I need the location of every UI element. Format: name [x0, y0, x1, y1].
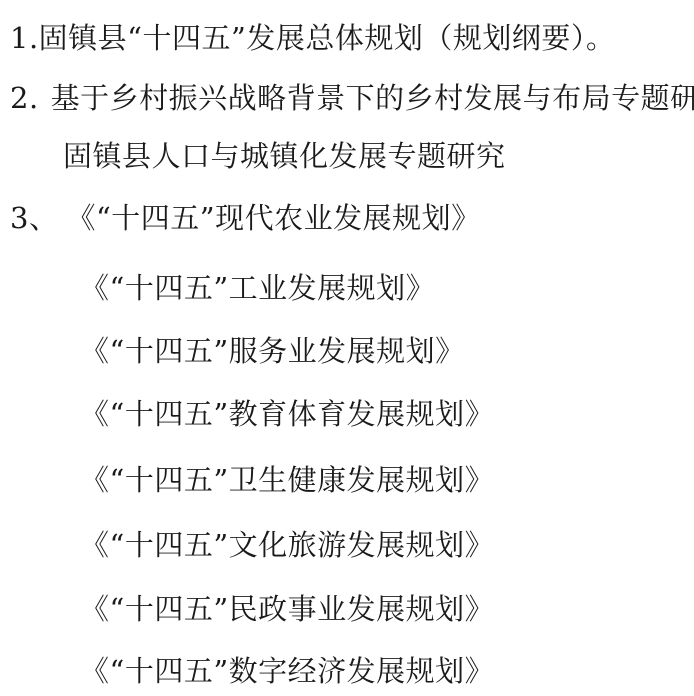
list-item-3: 3、《“十四五”现代农业发展规划》 — [10, 200, 481, 236]
item-text: 《“十四五”民政事业发展规划》 — [80, 592, 494, 626]
item-text: 《“十四五”教育体育发展规划》 — [80, 397, 494, 431]
item-text: 固镇县“十四五”发展总体规划（规划纲要）。 — [39, 21, 616, 55]
item-number: 3、 — [10, 200, 58, 236]
item-text: 《“十四五”文化旅游发展规划》 — [80, 528, 494, 562]
item-text: 《“十四五”卫生健康发展规划》 — [80, 463, 494, 497]
item-text: 固镇县人口与城镇化发展专题研究 — [63, 139, 506, 173]
list-item-2: 2.基于乡村振兴战略背景下的乡村发展与布局专题研究 — [10, 80, 694, 116]
list-subitem: 《“十四五”民政事业发展规划》 — [80, 591, 494, 627]
item-text: 《“十四五”工业发展规划》 — [80, 271, 435, 305]
item-text: 基于乡村振兴战略背景下的乡村发展与布局专题研究 — [51, 81, 694, 115]
item-number: 1. — [10, 20, 39, 56]
item-number: 2. — [10, 80, 39, 116]
list-item-1: 1.固镇县“十四五”发展总体规划（规划纲要）。 — [10, 20, 615, 56]
list-subitem: 《“十四五”文化旅游发展规划》 — [80, 527, 494, 563]
item-text: 《“十四五”服务业发展规划》 — [80, 334, 465, 368]
list-subitem: 《“十四五”数字经济发展规划》 — [80, 653, 494, 689]
item-text: 《“十四五”数字经济发展规划》 — [80, 654, 494, 688]
list-subitem: 固镇县人口与城镇化发展专题研究 — [63, 138, 506, 174]
list-subitem: 《“十四五”工业发展规划》 — [80, 270, 435, 306]
list-subitem: 《“十四五”教育体育发展规划》 — [80, 396, 494, 432]
item-text: 《“十四五”现代农业发展规划》 — [66, 201, 480, 235]
list-subitem: 《“十四五”服务业发展规划》 — [80, 333, 465, 369]
list-subitem: 《“十四五”卫生健康发展规划》 — [80, 462, 494, 498]
